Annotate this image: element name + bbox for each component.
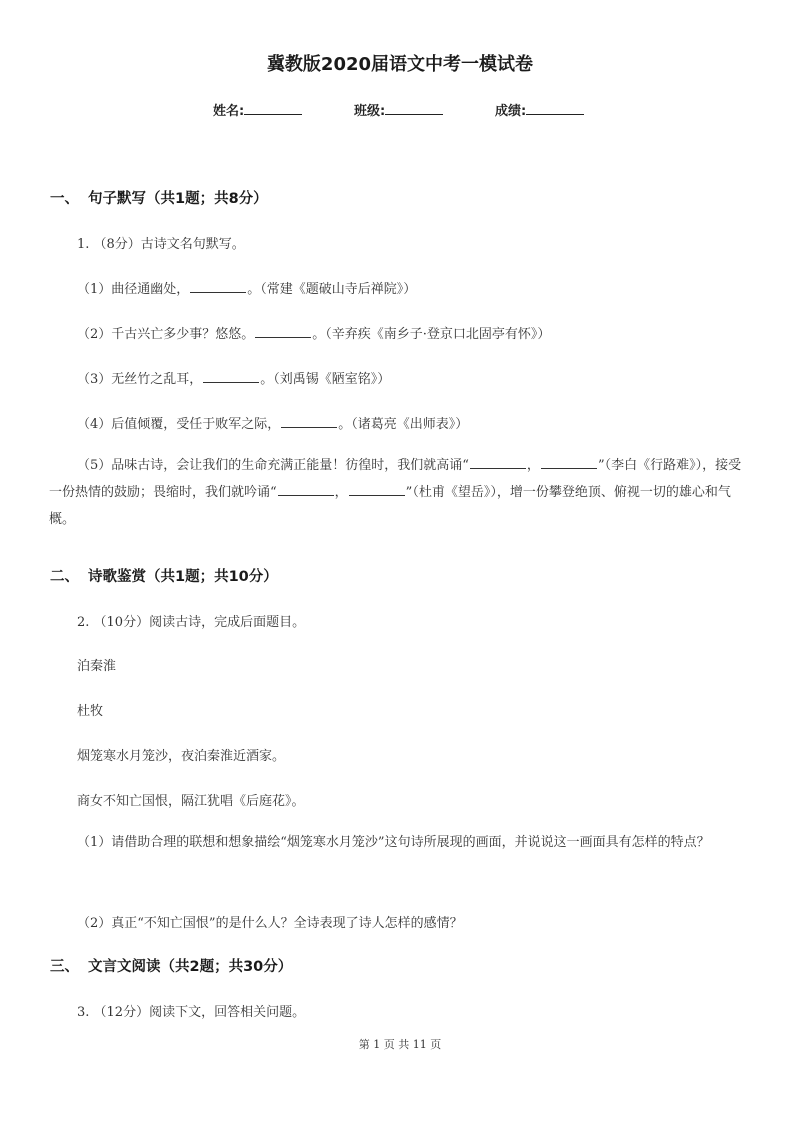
poem-title: 泊秦淮 [77, 655, 116, 674]
question-2-item-1: （1）请借助合理的联想和想象描绘“烟笼寒水月笼沙”这句诗所展现的画面，并说说这一… [49, 829, 754, 856]
item-prefix: （2）千古兴亡多少事？悠悠。 [77, 327, 254, 342]
page-footer: 第 1 页 共 11 页 [0, 1036, 800, 1052]
class-field[interactable]: 班级: [354, 100, 443, 119]
answer-blank[interactable] [281, 415, 337, 428]
answer-blank[interactable] [203, 370, 259, 383]
class-blank[interactable] [385, 101, 443, 115]
answer-blank[interactable] [278, 483, 334, 496]
item-suffix: 。（辛弃疾《南乡子·登京口北固亭有怀》） [312, 327, 550, 342]
document-title: 冀教版2020届语文中考一模试卷 [0, 50, 800, 76]
answer-blank[interactable] [255, 325, 311, 338]
score-blank[interactable] [526, 101, 584, 115]
answer-blank[interactable] [349, 483, 405, 496]
poem-author: 杜牧 [77, 700, 103, 719]
item-suffix: 。（常建《题破山寺后禅院》） [247, 282, 416, 297]
question-1-item-3: （3）无丝竹之乱耳，。（刘禹锡《陋室铭》） [77, 368, 390, 387]
section-3-number: 三、 [50, 955, 88, 976]
item-text: ， [527, 458, 540, 473]
section-3-title: 文言文阅读（共2题；共30分） [88, 959, 292, 975]
question-2-stem: 2. （10分）阅读古诗，完成后面题目。 [77, 611, 305, 630]
item-text: ， [335, 485, 348, 500]
section-1-title: 句子默写（共1题；共8分） [88, 191, 268, 207]
answer-blank[interactable] [190, 280, 246, 293]
question-1-item-1: （1）曲径通幽处，。（常建《题破山寺后禅院》） [77, 278, 416, 297]
question-1-item-4: （4）后值倾覆，受任于败军之际，。（诸葛亮《出师表》） [77, 413, 468, 432]
score-label: 成绩: [495, 104, 526, 119]
item-prefix: （1）曲径通幽处， [77, 282, 189, 297]
name-field[interactable]: 姓名: [213, 100, 302, 119]
name-label: 姓名: [213, 104, 244, 119]
answer-blank[interactable] [470, 456, 526, 469]
item-suffix: 。（诸葛亮《出师表》） [338, 417, 468, 432]
question-1-item-5: （5）品味古诗，会让我们的生命充满正能量！彷徨时，我们就高诵“，”（李白《行路难… [49, 452, 754, 533]
section-1-heading: 一、句子默写（共1题；共8分） [50, 187, 268, 208]
item-prefix: （4）后值倾覆，受任于败军之际， [77, 417, 280, 432]
answer-blank[interactable] [541, 456, 597, 469]
section-2-title: 诗歌鉴赏（共1题；共10分） [88, 569, 278, 585]
name-blank[interactable] [244, 101, 302, 115]
score-field[interactable]: 成绩: [495, 100, 584, 119]
item-text: （5）品味古诗，会让我们的生命充满正能量！彷徨时，我们就高诵“ [77, 458, 469, 473]
section-2-number: 二、 [50, 565, 88, 586]
poem-line-1: 烟笼寒水月笼沙，夜泊秦淮近酒家。 [77, 745, 285, 764]
class-label: 班级: [354, 104, 385, 119]
poem-line-2: 商女不知亡国恨，隔江犹唱《后庭花》。 [77, 790, 305, 809]
section-1-number: 一、 [50, 187, 88, 208]
item-suffix: 。（刘禹锡《陋室铭》） [260, 372, 390, 387]
item-prefix: （3）无丝竹之乱耳， [77, 372, 202, 387]
section-2-heading: 二、诗歌鉴赏（共1题；共10分） [50, 565, 278, 586]
question-2-item-2: （2）真正“不知亡国恨”的是什么人？全诗表现了诗人怎样的感情？ [77, 912, 463, 931]
question-3-stem: 3. （12分）阅读下文，回答相关问题。 [77, 1001, 305, 1020]
question-1-item-2: （2）千古兴亡多少事？悠悠。。（辛弃疾《南乡子·登京口北固亭有怀》） [77, 323, 550, 342]
section-3-heading: 三、文言文阅读（共2题；共30分） [50, 955, 292, 976]
question-1-stem: 1. （8分）古诗文名句默写。 [77, 233, 245, 252]
